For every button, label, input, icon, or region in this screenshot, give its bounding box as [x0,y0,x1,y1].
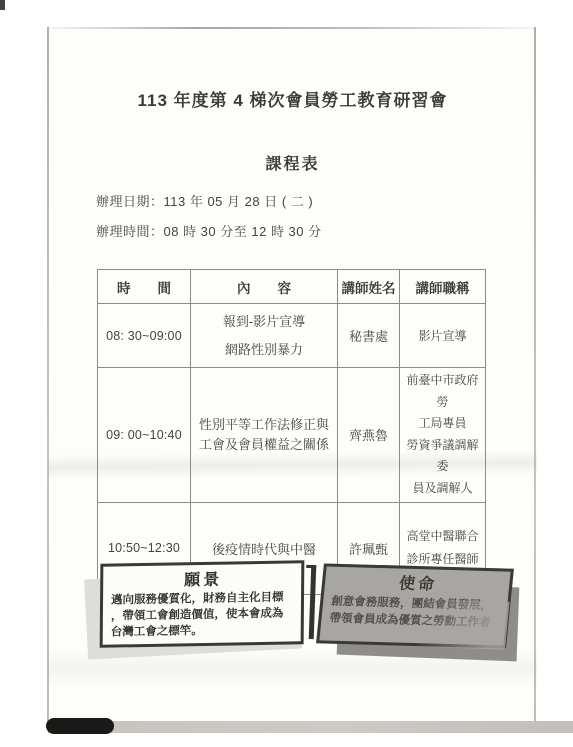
session-lecturer: 齊燕魯 [338,368,400,503]
desk-object-shadow [46,718,114,734]
table-header-row: 時 間 內 容 講師姓名 講師職稱 [98,270,486,304]
session-lecturer-title: 前臺中市政府勞 工局專員 勞資爭議調解委 員及調解人 [400,368,486,503]
header-lecturer-name: 講師姓名 [338,270,400,304]
paper-edge-left [47,27,49,725]
scan-corner-artifact [0,0,5,10]
session-time: 09: 00~10:40 [98,368,191,503]
session-lecturer: 秘書處 [338,304,400,368]
session-content: 報到-影片宣導 網路性別暴力 [191,304,338,368]
session-lecturer-title: 影片宣導 [400,304,486,368]
header-lecturer-title: 講師職稱 [400,270,486,304]
mission-body: 創意會務服務，團結會員發展， 帶領會員成為優質之勞動工作者 [329,594,502,632]
desk-edge-strip [48,721,573,733]
vision-body: 邁向服務優質化，財務自主化目標 ，帶領工會創造價值，使本會成為 台灣工會之標竿。 [111,589,295,641]
schedule-table: 時 間 內 容 講師姓名 講師職稱 08: 30~09:00 報到-影片宣導 網… [97,269,486,595]
mission-banner: 使命 創意會務服務，團結會員發展， 帶領會員成為優質之勞動工作者 [316,563,514,648]
mission-title: 使命 [332,569,504,597]
event-time-line: 辦理時間：08 時 30 分至 12 時 30 分 [96,221,322,240]
paper-edge-top [49,27,534,29]
header-content: 內 容 [191,270,338,304]
header-time: 時 間 [98,270,191,304]
session-content: 性別平等工作法修正與 工會及會員權益之關係 [191,368,338,503]
table-row: 09: 00~10:40 性別平等工作法修正與 工會及會員權益之關係 齊燕魯 前… [98,368,486,503]
table-row: 08: 30~09:00 報到-影片宣導 網路性別暴力 秘書處 影片宣導 [98,304,486,368]
paper-edge-right [534,27,536,725]
vision-banner: 願景 邁向服務優質化，財務自主化目標 ，帶領工會創造價值，使本會成為 台灣工會之… [100,560,305,648]
vision-title: 願景 [111,565,295,591]
session-time: 08: 30~09:00 [98,304,191,368]
scanned-page: 113 年度第 4 梯次會員勞工教育研習會 課程表 辦理日期：113 年 05 … [0,0,573,747]
page-title: 113 年度第 4 梯次會員勞工教育研習會 [48,86,537,111]
page-subtitle: 課程表 [48,151,537,174]
event-date-line: 辦理日期：113 年 05 月 28 日 ( 二 ) [96,191,313,210]
